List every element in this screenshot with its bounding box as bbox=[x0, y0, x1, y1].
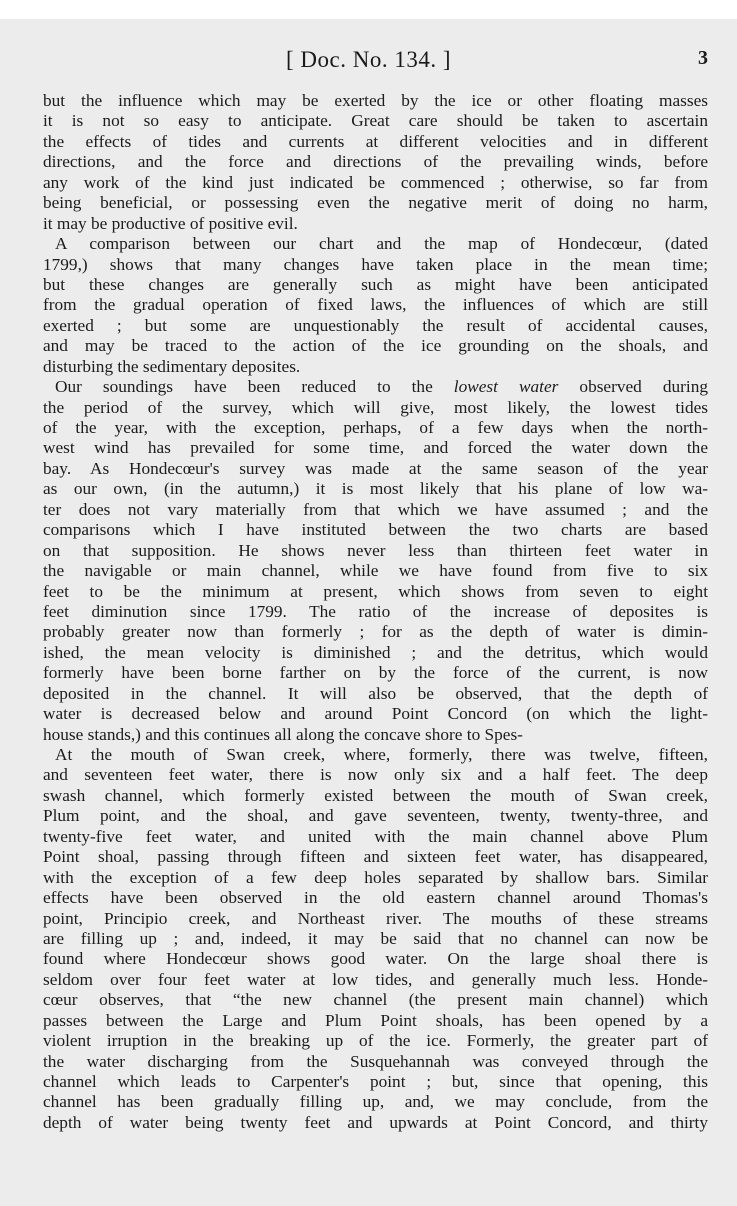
text-line: effects have been observed in the old ea… bbox=[43, 888, 708, 908]
text-line: disturbing the sedimentary deposites. bbox=[43, 357, 708, 377]
emphasis-text: lowest water bbox=[454, 377, 559, 396]
document-title: [ Doc. No. 134. ] bbox=[0, 47, 737, 73]
text-line: ished, the mean velocity is diminished ;… bbox=[43, 643, 708, 663]
text-line: channel has been gradually filling up, a… bbox=[43, 1092, 708, 1112]
text-line: passes between the Large and Plum Point … bbox=[43, 1011, 708, 1031]
text-line: found where Hondecœur shows good water. … bbox=[43, 949, 708, 969]
text-line: 1799,) shows that many changes have take… bbox=[43, 255, 708, 275]
text-line: water is decreased below and around Poin… bbox=[43, 704, 708, 724]
paragraph-3: Our soundings have been reduced to the l… bbox=[43, 377, 708, 745]
text-line: on that supposition. He shows never less… bbox=[43, 541, 708, 561]
text-line: swash channel, which formerly existed be… bbox=[43, 786, 708, 806]
text-run: Our soundings have been reduced to the bbox=[55, 377, 454, 396]
text-line: directions, and the force and directions… bbox=[43, 152, 708, 172]
text-line: ter does not vary materially from that w… bbox=[43, 500, 708, 520]
text-line: are filling up ; and, indeed, it may be … bbox=[43, 929, 708, 949]
text-line: as our own, (in the autumn,) it is most … bbox=[43, 479, 708, 499]
text-line: with the exception of a few deep holes s… bbox=[43, 868, 708, 888]
text-line: west wind has prevailed for some time, a… bbox=[43, 438, 708, 458]
text-line: but these changes are generally such as … bbox=[43, 275, 708, 295]
text-line: and may be traced to the action of the i… bbox=[43, 336, 708, 356]
text-line: Our soundings have been reduced to the l… bbox=[43, 377, 708, 397]
text-line: the effects of tides and currents at dif… bbox=[43, 132, 708, 152]
text-line: deposited in the channel. It will also b… bbox=[43, 684, 708, 704]
text-line: house stands,) and this continues all al… bbox=[43, 725, 708, 745]
text-line: but the influence which may be exerted b… bbox=[43, 91, 708, 111]
text-line: Point shoal, passing through fifteen and… bbox=[43, 847, 708, 867]
text-line: formerly have been borne farther on by t… bbox=[43, 663, 708, 683]
text-line: it may be productive of positive evil. bbox=[43, 214, 708, 234]
text-line: At the mouth of Swan creek, where, forme… bbox=[43, 745, 708, 765]
text-line: feet to be the minimum at present, which… bbox=[43, 582, 708, 602]
text-line: of the year, with the exception, perhaps… bbox=[43, 418, 708, 438]
text-line: comparisons which I have instituted betw… bbox=[43, 520, 708, 540]
paragraph-2: A comparison between our chart and the m… bbox=[43, 234, 708, 377]
text-line: from the gradual operation of fixed laws… bbox=[43, 295, 708, 315]
text-line: bay. As Hondecœur's survey was made at t… bbox=[43, 459, 708, 479]
paragraph-4: At the mouth of Swan creek, where, forme… bbox=[43, 745, 708, 1133]
text-line: the navigable or main channel, while we … bbox=[43, 561, 708, 581]
text-line: Plum point, and the shoal, and gave seve… bbox=[43, 806, 708, 826]
text-line: the water discharging from the Susquehan… bbox=[43, 1052, 708, 1072]
text-line: the period of the survey, which will giv… bbox=[43, 398, 708, 418]
text-line: depth of water being twenty feet and upw… bbox=[43, 1113, 708, 1133]
text-line: being beneficial, or possessing even the… bbox=[43, 193, 708, 213]
text-line: probably greater now than formerly ; for… bbox=[43, 622, 708, 642]
text-line: feet diminution since 1799. The ratio of… bbox=[43, 602, 708, 622]
text-run: observed during bbox=[558, 377, 708, 396]
text-line: seldom over four feet water at low tides… bbox=[43, 970, 708, 990]
text-line: any work of the kind just indicated be c… bbox=[43, 173, 708, 193]
body-text: but the influence which may be exerted b… bbox=[43, 91, 708, 1133]
page-header: [ Doc. No. 134. ] 3 bbox=[0, 39, 737, 79]
text-line: exerted ; but some are unquestionably th… bbox=[43, 316, 708, 336]
text-line: it is not so easy to anticipate. Great c… bbox=[43, 111, 708, 131]
text-line: cœur observes, that “the new channel (th… bbox=[43, 990, 708, 1010]
text-line: A comparison between our chart and the m… bbox=[43, 234, 708, 254]
text-line: and seventeen feet water, there is now o… bbox=[43, 765, 708, 785]
text-line: point, Principio creek, and Northeast ri… bbox=[43, 909, 708, 929]
paragraph-1: but the influence which may be exerted b… bbox=[43, 91, 708, 234]
text-line: twenty-five feet water, and united with … bbox=[43, 827, 708, 847]
text-line: channel which leads to Carpenter's point… bbox=[43, 1072, 708, 1092]
page-number: 3 bbox=[698, 47, 708, 70]
document-page: [ Doc. No. 134. ] 3 but the influence wh… bbox=[0, 19, 737, 1206]
text-line: violent irruption in the breaking up of … bbox=[43, 1031, 708, 1051]
